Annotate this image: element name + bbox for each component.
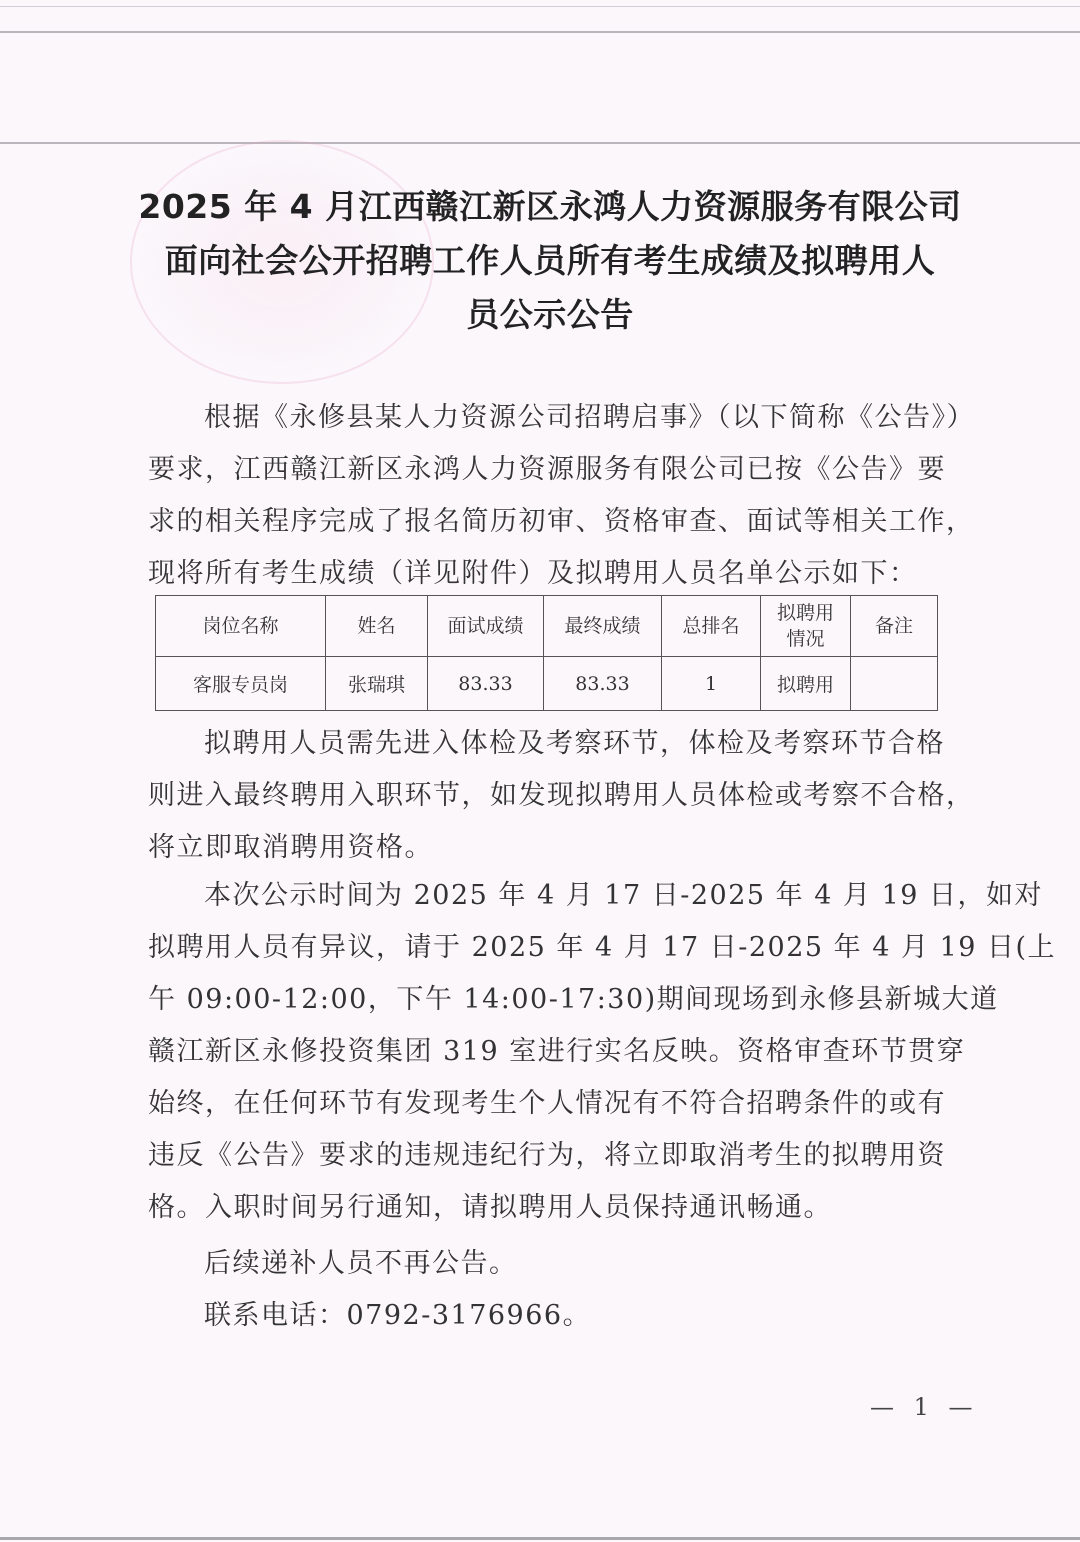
header-hire-status: 拟聘用 情况 [761,596,851,657]
header-interview-score: 面试成绩 [428,596,544,657]
page-number: — 1 — [870,1393,979,1421]
cell-rank: 1 [662,657,761,711]
cell-name: 张瑞琪 [326,657,428,711]
physical-exam-paragraph: 拟聘用人员需先进入体检及考察环节，体检及考察环节合格 则进入最终聘用入职环节，如… [148,718,963,874]
table-header-row: 岗位名称 姓名 面试成绩 最终成绩 总排名 拟聘用 情况 备注 [156,596,938,657]
header-final-score: 最终成绩 [544,596,662,657]
no-further-notice-paragraph: 后续递补人员不再公告。 [148,1238,963,1290]
paragraph-line: 午 09:00-12:00，下午 14:00-17:30)期间现场到永修县新城大… [148,974,963,1026]
paragraph-line: 后续递补人员不再公告。 [148,1238,963,1290]
header-hire-status-line1: 拟聘用 [761,600,850,626]
scan-border-line [0,1537,1080,1540]
title-line: 面向社会公开招聘工作人员所有考生成绩及拟聘用人 [120,234,980,288]
header-rank: 总排名 [662,596,761,657]
scan-border-line [0,31,1080,33]
paragraph-line: 拟聘用人员需先进入体检及考察环节，体检及考察环节合格 [148,718,963,770]
results-table: 岗位名称 姓名 面试成绩 最终成绩 总排名 拟聘用 情况 备注 客服专员岗 张瑞… [155,595,938,711]
paragraph-line: 格。入职时间另行通知，请拟聘用人员保持通讯畅通。 [148,1182,963,1234]
paragraph-line: 联系电话：0792-3176966。 [148,1290,963,1342]
header-divider-line [0,142,1080,144]
cell-remarks [851,657,938,711]
paragraph-line: 则进入最终聘用入职环节，如发现拟聘用人员体检或考察不合格， [148,770,963,822]
document-title: 2025 年 4 月江西赣江新区永鸿人力资源服务有限公司 面向社会公开招聘工作人… [120,180,980,342]
cell-final-score: 83.33 [544,657,662,711]
title-line: 2025 年 4 月江西赣江新区永鸿人力资源服务有限公司 [120,180,980,234]
paragraph-line: 违反《公告》要求的违规违纪行为，将立即取消考生的拟聘用资 [148,1130,963,1182]
header-name: 姓名 [326,596,428,657]
paragraph-line: 现将所有考生成绩（详见附件）及拟聘用人员名单公示如下： [148,548,963,600]
cell-position: 客服专员岗 [156,657,326,711]
cell-interview-score: 83.33 [428,657,544,711]
header-remarks: 备注 [851,596,938,657]
paragraph-line: 本次公示时间为 2025 年 4 月 17 日-2025 年 4 月 19 日，… [148,870,963,922]
header-position: 岗位名称 [156,596,326,657]
paragraph-line: 要求，江西赣江新区永鸿人力资源服务有限公司已按《公告》要 [148,444,963,496]
contact-phone-paragraph: 联系电话：0792-3176966。 [148,1290,963,1342]
cell-hire-status: 拟聘用 [761,657,851,711]
paragraph-line: 将立即取消聘用资格。 [148,822,963,874]
publicity-period-paragraph: 本次公示时间为 2025 年 4 月 17 日-2025 年 4 月 19 日，… [148,870,963,1234]
scan-border-line [0,6,1080,7]
paragraph-line: 赣江新区永修投资集团 319 室进行实名反映。资格审查环节贯穿 [148,1026,963,1078]
paragraph-line: 求的相关程序完成了报名简历初审、资格审查、面试等相关工作， [148,496,963,548]
intro-paragraph: 根据《永修县某人力资源公司招聘启事》（以下简称《公告》） 要求，江西赣江新区永鸿… [148,392,963,600]
table-row: 客服专员岗 张瑞琪 83.33 83.33 1 拟聘用 [156,657,938,711]
title-line: 员公示公告 [120,288,980,342]
paragraph-line: 根据《永修县某人力资源公司招聘启事》（以下简称《公告》） [148,392,963,444]
header-hire-status-line2: 情况 [761,626,850,652]
paragraph-line: 始终，在任何环节有发现考生个人情况有不符合招聘条件的或有 [148,1078,963,1130]
paragraph-line: 拟聘用人员有异议，请于 2025 年 4 月 17 日-2025 年 4 月 1… [148,922,963,974]
